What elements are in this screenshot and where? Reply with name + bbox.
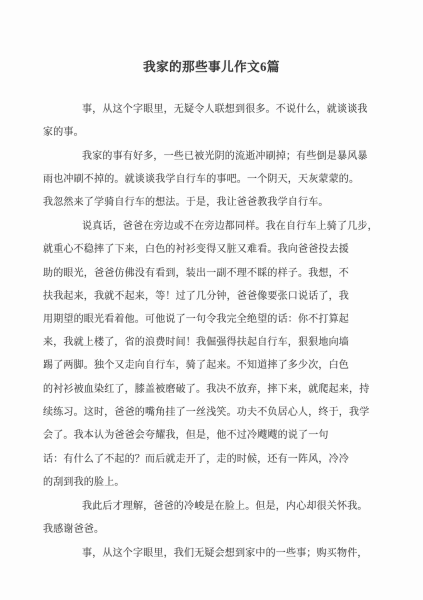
essay-body: 事，从这个字眼里，无疑令人联想到很多。不说什么，就谈谈我 家的事。 我家的事有好… bbox=[0, 98, 423, 565]
text-line: 话：有什么了不起的？而后就走开了，走的时候，还有一阵风，冷冷 bbox=[43, 448, 403, 471]
text-line: 助的眼光，爸爸仿佛没有看到，装出一副不理不睬的样子。我想，不 bbox=[43, 262, 403, 285]
text-line: 我此后才理解，爸爸的冷峻是在脸上。但是，内心却很关怀我。 bbox=[43, 495, 403, 518]
paragraph-2: 我家的事有好多，一些已被光阴的流逝冲刷掉；有些倒是暴风暴 雨也冲刷不掉的。就谈谈… bbox=[43, 145, 403, 214]
text-line: 踢了两脚。独个又走向自行车，骑了起来。不知道摔了多少次，白色 bbox=[43, 354, 403, 377]
text-line: 来，我就上楼了，省的浪费时间！我倔强得扶起自行车，狠狠地向墙 bbox=[43, 331, 403, 354]
page-title: 我家的那些事儿作文6篇 bbox=[0, 57, 423, 77]
text-line: 就重心不稳摔了下来，白色的衬衫变得又脏又难看。我向爸爸投去援 bbox=[43, 238, 403, 261]
paragraph-3-continued-3: 话：有什么了不起的？而后就走开了，走的时候，还有一阵风，冷冷 的刮到我的脸上。 bbox=[43, 448, 403, 494]
paragraph-3: 说真话，爸爸在旁边或不在旁边都同样。我在自行车上骑了几步， 就重心不稳摔了下来，… bbox=[43, 215, 403, 261]
paragraph-3-continued-2: 的衬衫被血染红了，膝盖被磨破了。我决不放弃，摔下来，就爬起来，持 续练习。这时，… bbox=[43, 378, 403, 447]
text-line: 雨也冲刷不掉的。就谈谈我学自行车的事吧。一个阴天，天灰蒙蒙的。 bbox=[43, 168, 403, 191]
text-line: 的刮到我的脸上。 bbox=[43, 471, 403, 494]
text-line: 说真话，爸爸在旁边或不在旁边都同样。我在自行车上骑了几步， bbox=[43, 215, 403, 238]
document-page: 我家的那些事儿作文6篇 事，从这个字眼里，无疑令人联想到很多。不说什么，就谈谈我… bbox=[0, 0, 423, 600]
paragraph-5: 事，从这个字眼里，我们无疑会想到家中的一些事；购买物件， bbox=[43, 542, 403, 565]
text-line: 事，从这个字眼里，无疑令人联想到很多。不说什么，就谈谈我 bbox=[43, 98, 403, 121]
text-line: 我家的事有好多，一些已被光阴的流逝冲刷掉；有些倒是暴风暴 bbox=[43, 145, 403, 168]
text-line: 用期望的眼光看着他。可他说了一句令我完全绝望的话：你不打算起 bbox=[43, 308, 403, 331]
paragraph-4: 我此后才理解，爸爸的冷峻是在脸上。但是，内心却很关怀我。 我感谢爸爸。 bbox=[43, 495, 403, 541]
text-line: 我感谢爸爸。 bbox=[43, 518, 403, 541]
text-line: 事，从这个字眼里，我们无疑会想到家中的一些事；购买物件， bbox=[43, 542, 403, 565]
text-line: 会了。我本认为爸爸会夸耀我，但是，他不过冷飕飕的说了一句 bbox=[43, 424, 403, 447]
text-line: 家的事。 bbox=[43, 121, 403, 144]
text-line: 的衬衫被血染红了，膝盖被磨破了。我决不放弃，摔下来，就爬起来，持 bbox=[43, 378, 403, 401]
paragraph-3-continued: 助的眼光，爸爸仿佛没有看到，装出一副不理不睬的样子。我想，不 扶我起来，我就不起… bbox=[43, 262, 403, 377]
text-line: 扶我起来，我就不起来，等！过了几分钟，爸爸像要张口说话了，我 bbox=[43, 285, 403, 308]
paragraph-1: 事，从这个字眼里，无疑令人联想到很多。不说什么，就谈谈我 家的事。 bbox=[43, 98, 403, 144]
text-line: 我忽然来了学骑自行车的想法。于是，我让爸爸教我学自行车。 bbox=[43, 191, 403, 214]
text-line: 续练习。这时，爸爸的嘴角挂了一丝浅笑。功夫不负居心人，终于，我学 bbox=[43, 401, 403, 424]
